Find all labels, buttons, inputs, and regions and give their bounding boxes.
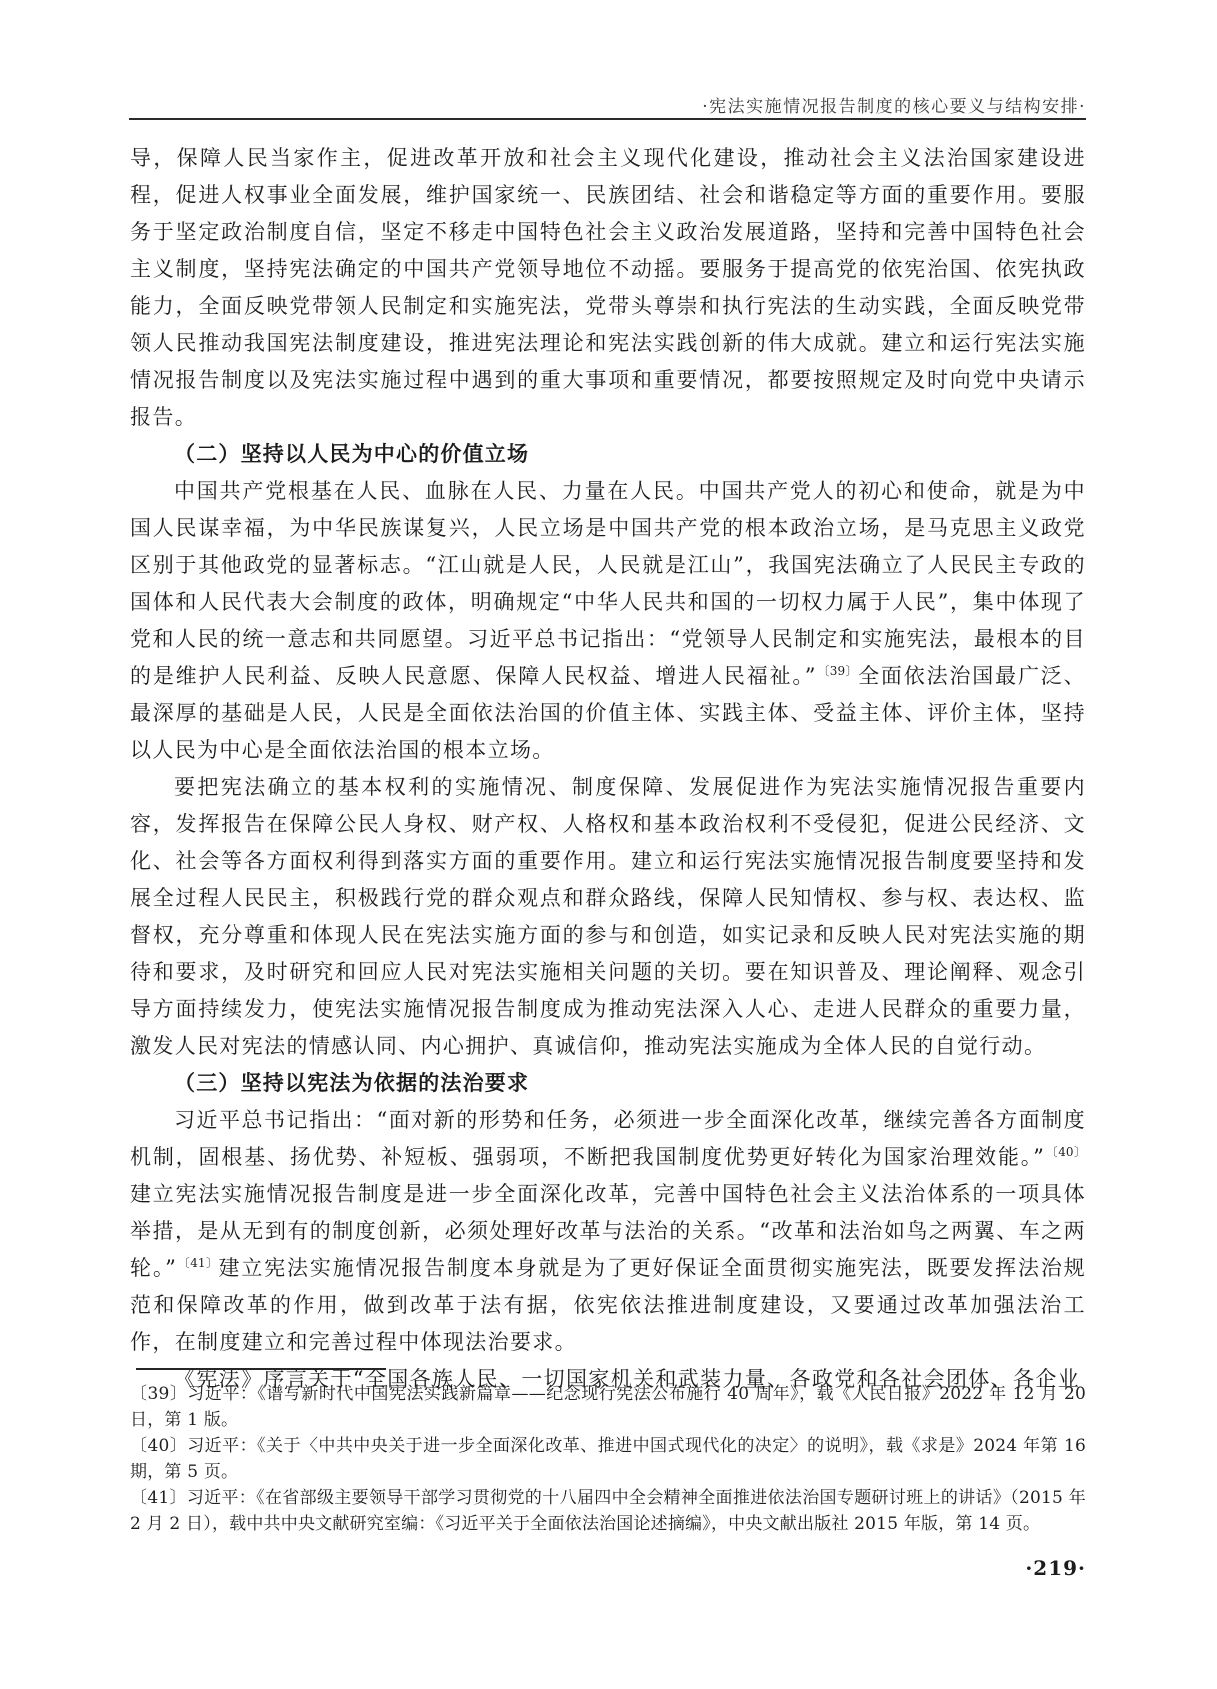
footnote-ref: 〔39〕 — [817, 664, 858, 678]
text-run: （二）坚持以人民为中心的价值立场 — [174, 442, 529, 466]
paragraph-continuation: 导，保障人民当家作主，促进改革开放和社会主义现代化建设，推动社会主义法治国家建设… — [130, 140, 1086, 436]
text-run: 建立宪法实施情况报告制度本身就是为了更好保证全面贯彻实施宪法，既要发挥法治规范和… — [130, 1256, 1086, 1354]
paragraph: 要把宪法确立的基本权利的实施情况、制度保障、发展促进作为宪法实施情况报告重要内容… — [130, 769, 1086, 1065]
paragraph: 中国共产党根基在人民、血脉在人民、力量在人民。中国共产党人的初心和使命，就是为中… — [130, 473, 1086, 769]
footnote-ref: 〔41〕 — [177, 1256, 218, 1270]
footnote-40: 〔40〕习近平：《关于〈中共中央关于进一步全面深化改革、推进中国式现代化的决定〉… — [130, 1433, 1086, 1485]
page: ·宪法实施情况报告制度的核心要义与结构安排· 导，保障人民当家作主，促进改革开放… — [0, 0, 1217, 1689]
footnote-41: 〔41〕习近平：《在省部级主要领导干部学习贯彻党的十八届四中全会精神全面推进依法… — [130, 1485, 1086, 1537]
text-run: 中国共产党根基在人民、血脉在人民、力量在人民。中国共产党人的初心和使命，就是为中… — [130, 479, 1086, 688]
section-heading-2: （二）坚持以人民为中心的价值立场 — [130, 436, 1086, 473]
footnote-39: 〔39〕习近平：《谱写新时代中国宪法实践新篇章——纪念现行宪法公布施行 40 周… — [130, 1381, 1086, 1433]
paragraph: 习近平总书记指出：“面对新的形势和任务，必须进一步全面深化改革，继续完善各方面制… — [130, 1102, 1086, 1361]
footnote-block: 〔39〕习近平：《谱写新时代中国宪法实践新篇章——纪念现行宪法公布施行 40 周… — [130, 1368, 1086, 1537]
running-header-title: ·宪法实施情况报告制度的核心要义与结构安排· — [702, 97, 1086, 117]
page-number: ·219· — [1025, 1556, 1086, 1580]
header-rule — [129, 118, 1086, 120]
text-run: 要把宪法确立的基本权利的实施情况、制度保障、发展促进作为宪法实施情况报告重要内容… — [130, 775, 1086, 1058]
section-heading-3: （三）坚持以宪法为依据的法治要求 — [130, 1065, 1086, 1102]
text-run: 导，保障人民当家作主，促进改革开放和社会主义现代化建设，推动社会主义法治国家建设… — [130, 146, 1086, 429]
text-run: （三）坚持以宪法为依据的法治要求 — [174, 1071, 529, 1095]
article-content: 导，保障人民当家作主，促进改革开放和社会主义现代化建设，推动社会主义法治国家建设… — [130, 140, 1086, 1398]
running-header: ·宪法实施情况报告制度的核心要义与结构安排· — [130, 92, 1086, 117]
footnote-separator — [136, 1368, 386, 1370]
footnote-ref: 〔40〕 — [1045, 1145, 1086, 1159]
text-run: 习近平总书记指出：“面对新的形势和任务，必须进一步全面深化改革，继续完善各方面制… — [130, 1108, 1086, 1169]
